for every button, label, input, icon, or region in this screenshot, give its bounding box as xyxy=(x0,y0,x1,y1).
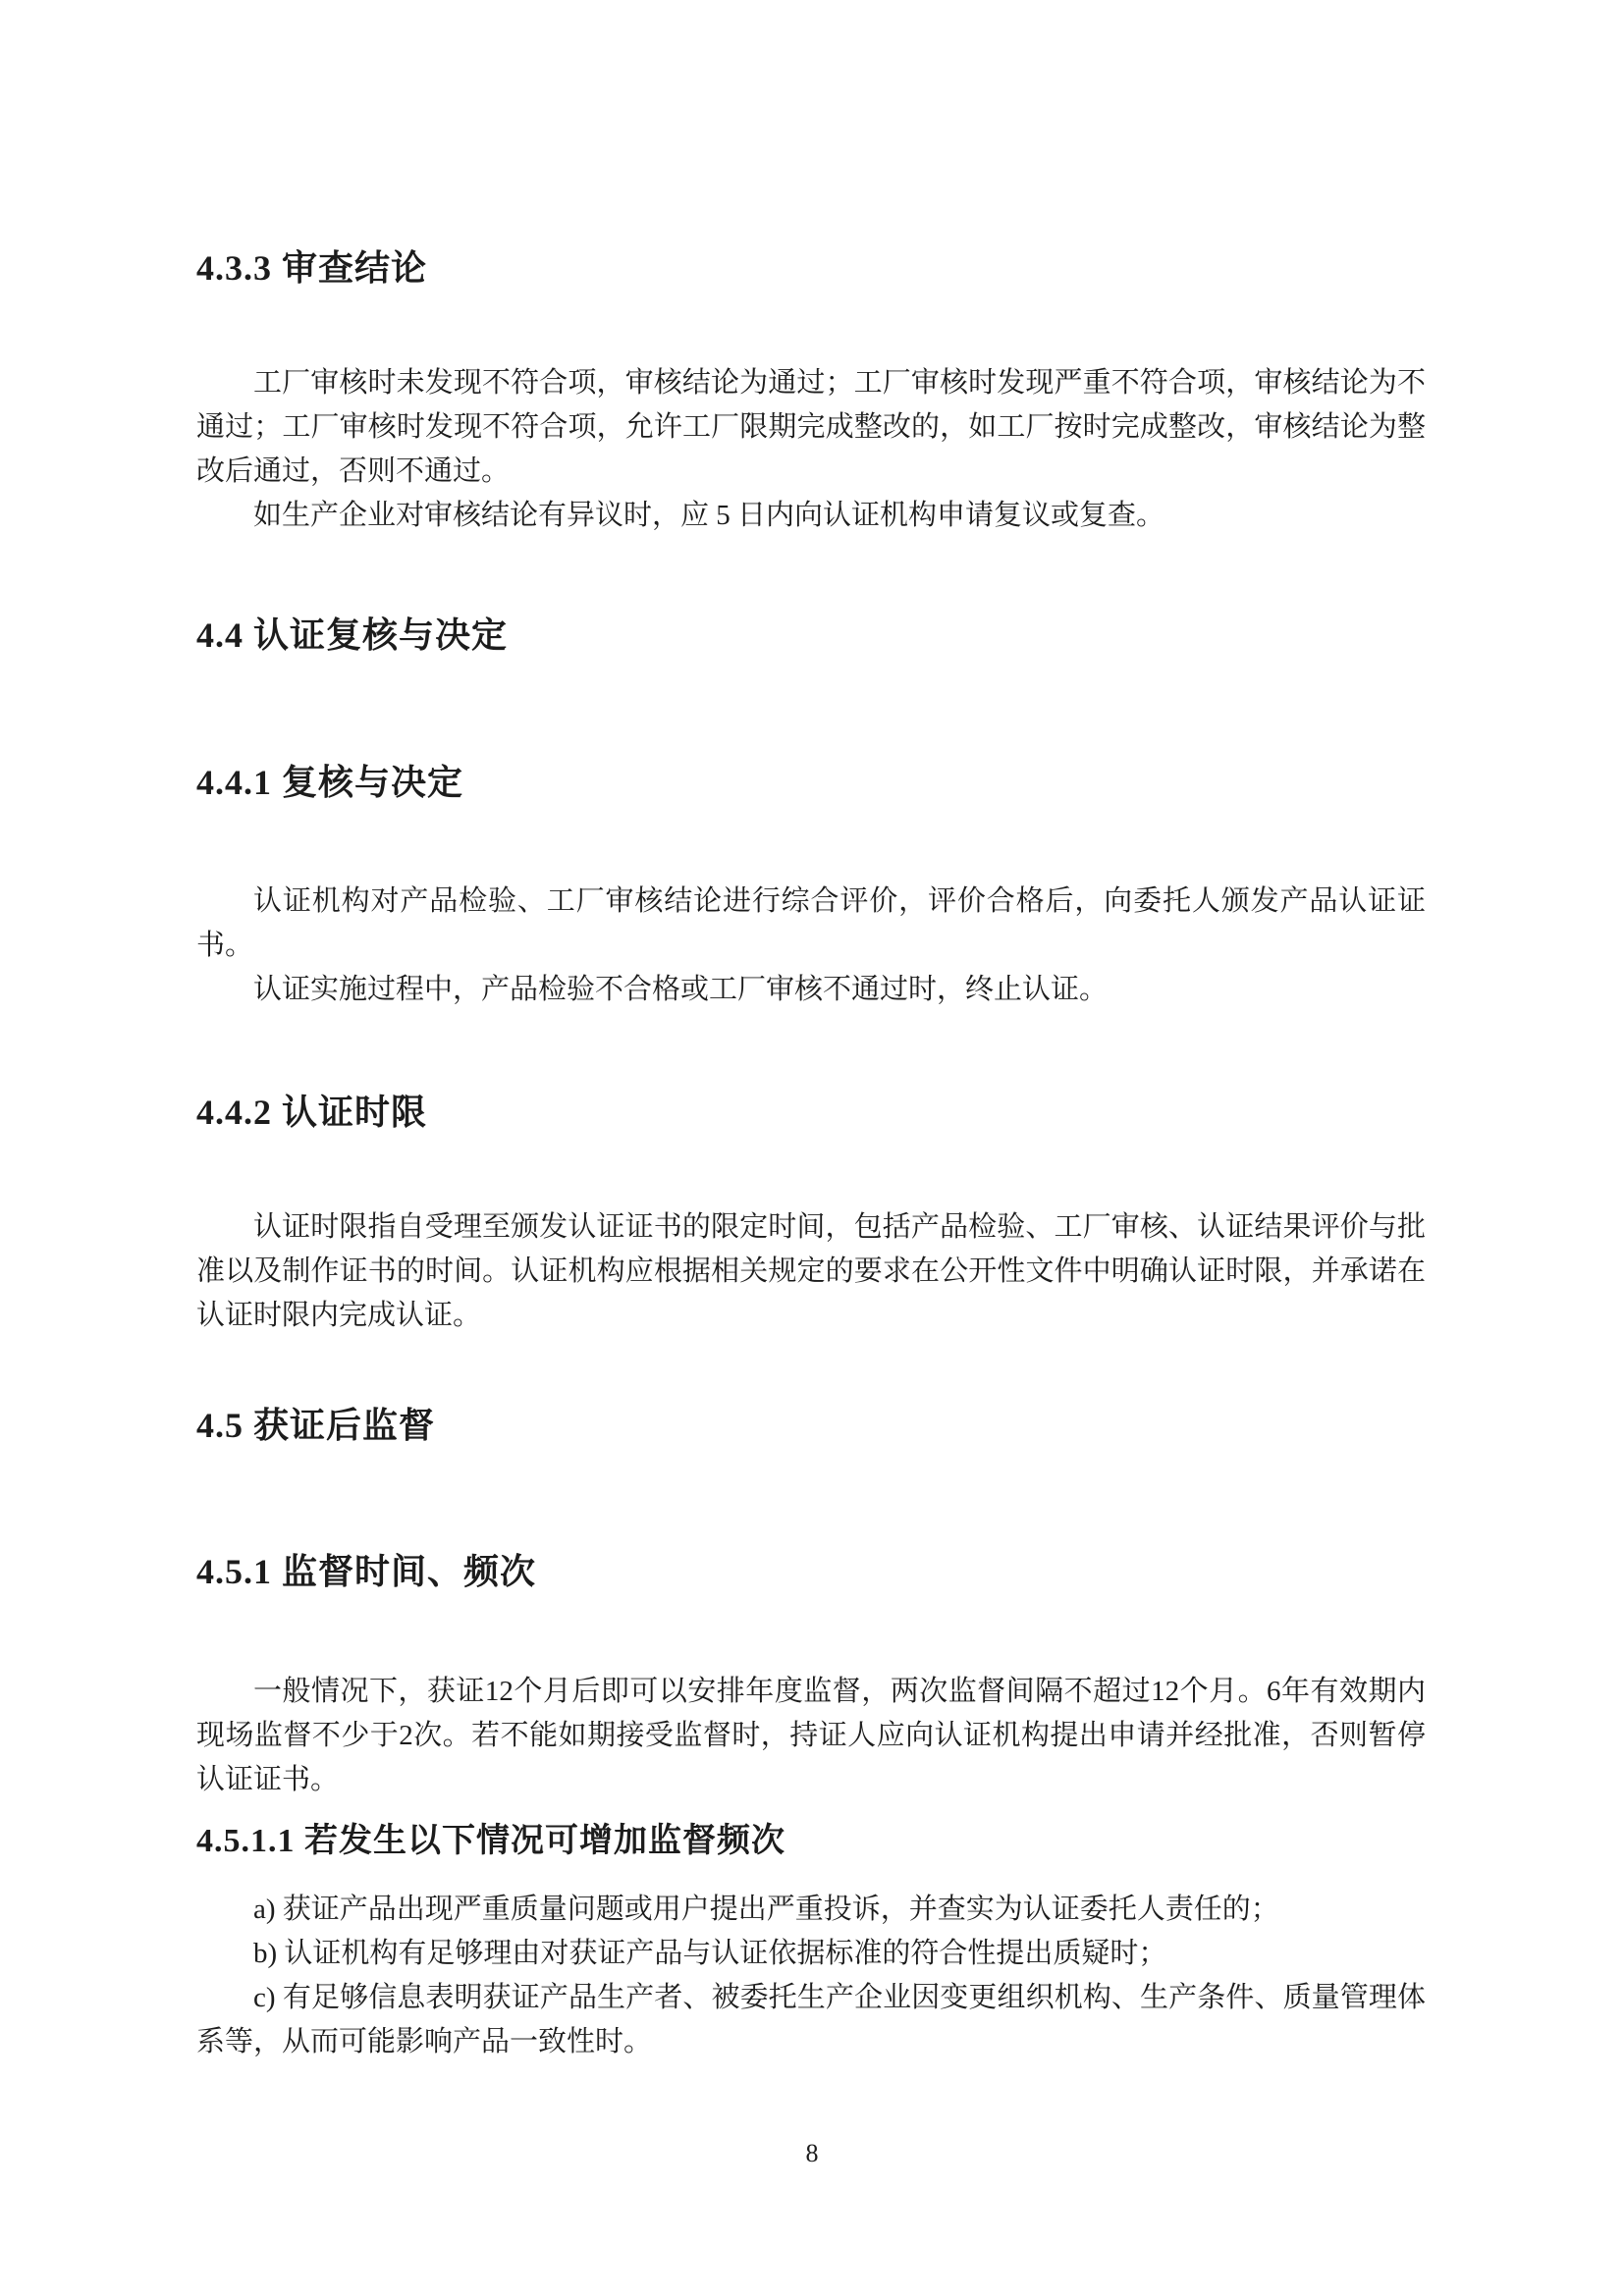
paragraph-termination: 认证实施过程中，产品检验不合格或工厂审核不通过时，终止认证。 xyxy=(196,968,1426,1012)
list-item-b: b) 认证机构有足够理由对获证产品与认证依据标准的符合性提出质疑时； xyxy=(196,1932,1426,1976)
paragraph-supervision-frequency: 一般情况下，获证12个月后即可以安排年度监督，两次监督间隔不超过12个月。6年有… xyxy=(196,1670,1426,1802)
section-heading-4-4: 4.4 认证复核与决定 xyxy=(196,611,1426,660)
document-content: 4.3.3 审查结论 工厂审核时未发现不符合项，审核结论为通过；工厂审核时发现严… xyxy=(196,0,1426,2064)
list-item-c: c) 有足够信息表明获证产品生产者、被委托生产企业因变更组织机构、生产条件、质量… xyxy=(196,1976,1426,2064)
paragraph-appeal: 如生产企业对审核结论有异议时，应 5 日内向认证机构申请复议或复查。 xyxy=(196,494,1426,538)
section-heading-4-4-2: 4.4.2 认证时限 xyxy=(196,1088,1426,1137)
section-heading-4-5: 4.5 获证后监督 xyxy=(196,1401,1426,1450)
section-heading-4-3-3: 4.3.3 审查结论 xyxy=(196,243,1426,293)
section-heading-4-4-1: 4.4.1 复核与决定 xyxy=(196,758,1426,807)
document-page: 4.3.3 审查结论 工厂审核时未发现不符合项，审核结论为通过；工厂审核时发现严… xyxy=(0,0,1624,2296)
paragraph-audit-conclusion: 工厂审核时未发现不符合项，审核结论为通过；工厂审核时发现严重不符合项，审核结论为… xyxy=(196,361,1426,494)
condition-list: a) 获证产品出现严重质量问题或用户提出严重投诉，并查实为认证委托人责任的； b… xyxy=(196,1888,1426,2064)
paragraph-review-decision: 认证机构对产品检验、工厂审核结论进行综合评价，评价合格后，向委托人颁发产品认证证… xyxy=(196,880,1426,968)
section-heading-4-5-1: 4.5.1 监督时间、频次 xyxy=(196,1547,1426,1596)
section-heading-4-5-1-1: 4.5.1.1 若发生以下情况可增加监督频次 xyxy=(196,1817,1426,1866)
page-number: 8 xyxy=(0,2138,1624,2169)
paragraph-certification-time-limit: 认证时限指自受理至颁发认证证书的限定时间，包括产品检验、工厂审核、认证结果评价与… xyxy=(196,1205,1426,1338)
list-item-a: a) 获证产品出现严重质量问题或用户提出严重投诉，并查实为认证委托人责任的； xyxy=(196,1888,1426,1932)
